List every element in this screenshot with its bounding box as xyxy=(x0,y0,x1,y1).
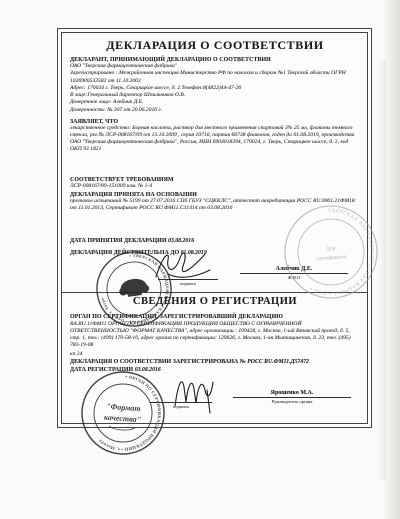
document-content: ДЕКЛАРАЦИЯ О СООТВЕТСТВИИ ДЕКЛАРАНТ, ПРИ… xyxy=(70,33,360,423)
name-caption: Ф.И.О xyxy=(240,275,348,280)
registration-org-note: кп 24 xyxy=(70,351,360,358)
registered-number: РОСС RU.ФМ11.Д57472 xyxy=(247,359,309,365)
declares-section: ЗАЯВЛЯЕТ, ЧТО лекарственное средство: Бо… xyxy=(70,119,360,153)
basis-section: ДЕКЛАРАЦИЯ ПРИНЯТА НА ОСНОВАНИИ протокол… xyxy=(70,192,360,212)
registration-number-line: ДЕКЛАРАЦИЯ О СООТВЕТСТВИИ ЗАРЕГИСТРИРОВА… xyxy=(70,359,309,365)
registrar-role: Руководитель органа xyxy=(233,399,351,404)
valid-until-label: ДЕКЛАРАЦИЯ ДЕЙСТВИТЕЛЬНА ДО xyxy=(70,250,179,256)
document-title: ДЕКЛАРАЦИЯ О СООТВЕТСТВИИ xyxy=(70,38,360,53)
scan-shadow-inner xyxy=(376,60,386,480)
conforms-text: ЛСР-008167/09-151009 изм. № 1-4 xyxy=(70,183,360,190)
signature-caption: подпись xyxy=(150,404,212,409)
valid-until-line: ДЕКЛАРАЦИЯ ДЕЙСТВИТЕЛЬНА ДО 01.08.2019 xyxy=(70,250,207,256)
acceptance-date-label: ДАТА ПРИНЯТИЯ ДЕКЛАРАЦИИ xyxy=(70,238,167,244)
acceptance-date-line: ДАТА ПРИНЯТИЯ ДЕКЛАРАЦИИ 03.08.2016 xyxy=(70,238,194,244)
registrar-signature-block: подпись xyxy=(150,401,212,409)
signer-name: Алейчик Д.Е. xyxy=(240,266,348,272)
document-inner-frame: ДЕКЛАРАЦИЯ О СООТВЕТСТВИИ ДЕКЛАРАНТ, ПРИ… xyxy=(61,32,368,424)
registration-date-value: 03.08.2016 xyxy=(135,367,161,373)
registration-date-label: ДАТА РЕГИСТРАЦИИ xyxy=(70,367,133,373)
declarant-trustee: Доверенное лицо: Алейчик Д.Е. xyxy=(70,99,360,106)
declarant-poa: Доверенность: № 307 от 20.06.2016 г. xyxy=(70,107,360,114)
document-frame: ДЕКЛАРАЦИЯ О СООТВЕТСТВИИ ДЕКЛАРАНТ, ПРИ… xyxy=(57,28,372,428)
declarant-section: ДЕКЛАРАНТ, ПРИНИМАЮЩИЙ ДЕКЛАРАЦИЮ О СООТ… xyxy=(70,57,360,114)
registration-org-text: RA.RU.11ФМ11 ОРГАН ПО СЕРТИФИКАЦИИ ПРОДУ… xyxy=(70,321,360,349)
conforms-section: СООТВЕТСТВУЕТ ТРЕБОВАНИЯМ ЛСР-008167/09-… xyxy=(70,177,360,190)
valid-until-value: 01.08.2019 xyxy=(181,250,207,256)
registrar-name-block: Ярошенко М.А. Руководитель органа xyxy=(233,390,351,404)
declarant-name-block: Алейчик Д.Е. Ф.И.О xyxy=(240,266,348,280)
scanned-page: { "doc": { "title": "ДЕКЛАРАЦИЯ О СООТВЕ… xyxy=(0,0,400,519)
declarant-signature-block: подпись xyxy=(158,278,218,286)
acceptance-date-value: 03.08.2016 xyxy=(168,238,194,244)
declares-text: лекарственное средство: Борная кислота, … xyxy=(70,125,360,153)
registrar-name: Ярошенко М.А. xyxy=(233,390,351,396)
signature-caption: подпись xyxy=(158,281,218,286)
registration-org-heading: ОРГАН ПО СЕРТИФИКАЦИИ, ЗАРЕГИСТРИРОВАВШИ… xyxy=(70,314,360,320)
basis-text: протокол испытаний № 5199 от 27.07.2016 … xyxy=(70,198,360,212)
declarant-registered: Зарегистрировано : Межрайонная инспекция… xyxy=(70,70,360,85)
registration-title: СВЕДЕНИЯ О РЕГИСТРАЦИИ xyxy=(70,296,360,307)
registration-date-line: ДАТА РЕГИСТРАЦИИ 03.08.2016 xyxy=(70,367,161,373)
registered-label: ДЕКЛАРАЦИЯ О СООТВЕТСТВИИ ЗАРЕГИСТРИРОВА… xyxy=(70,359,246,365)
